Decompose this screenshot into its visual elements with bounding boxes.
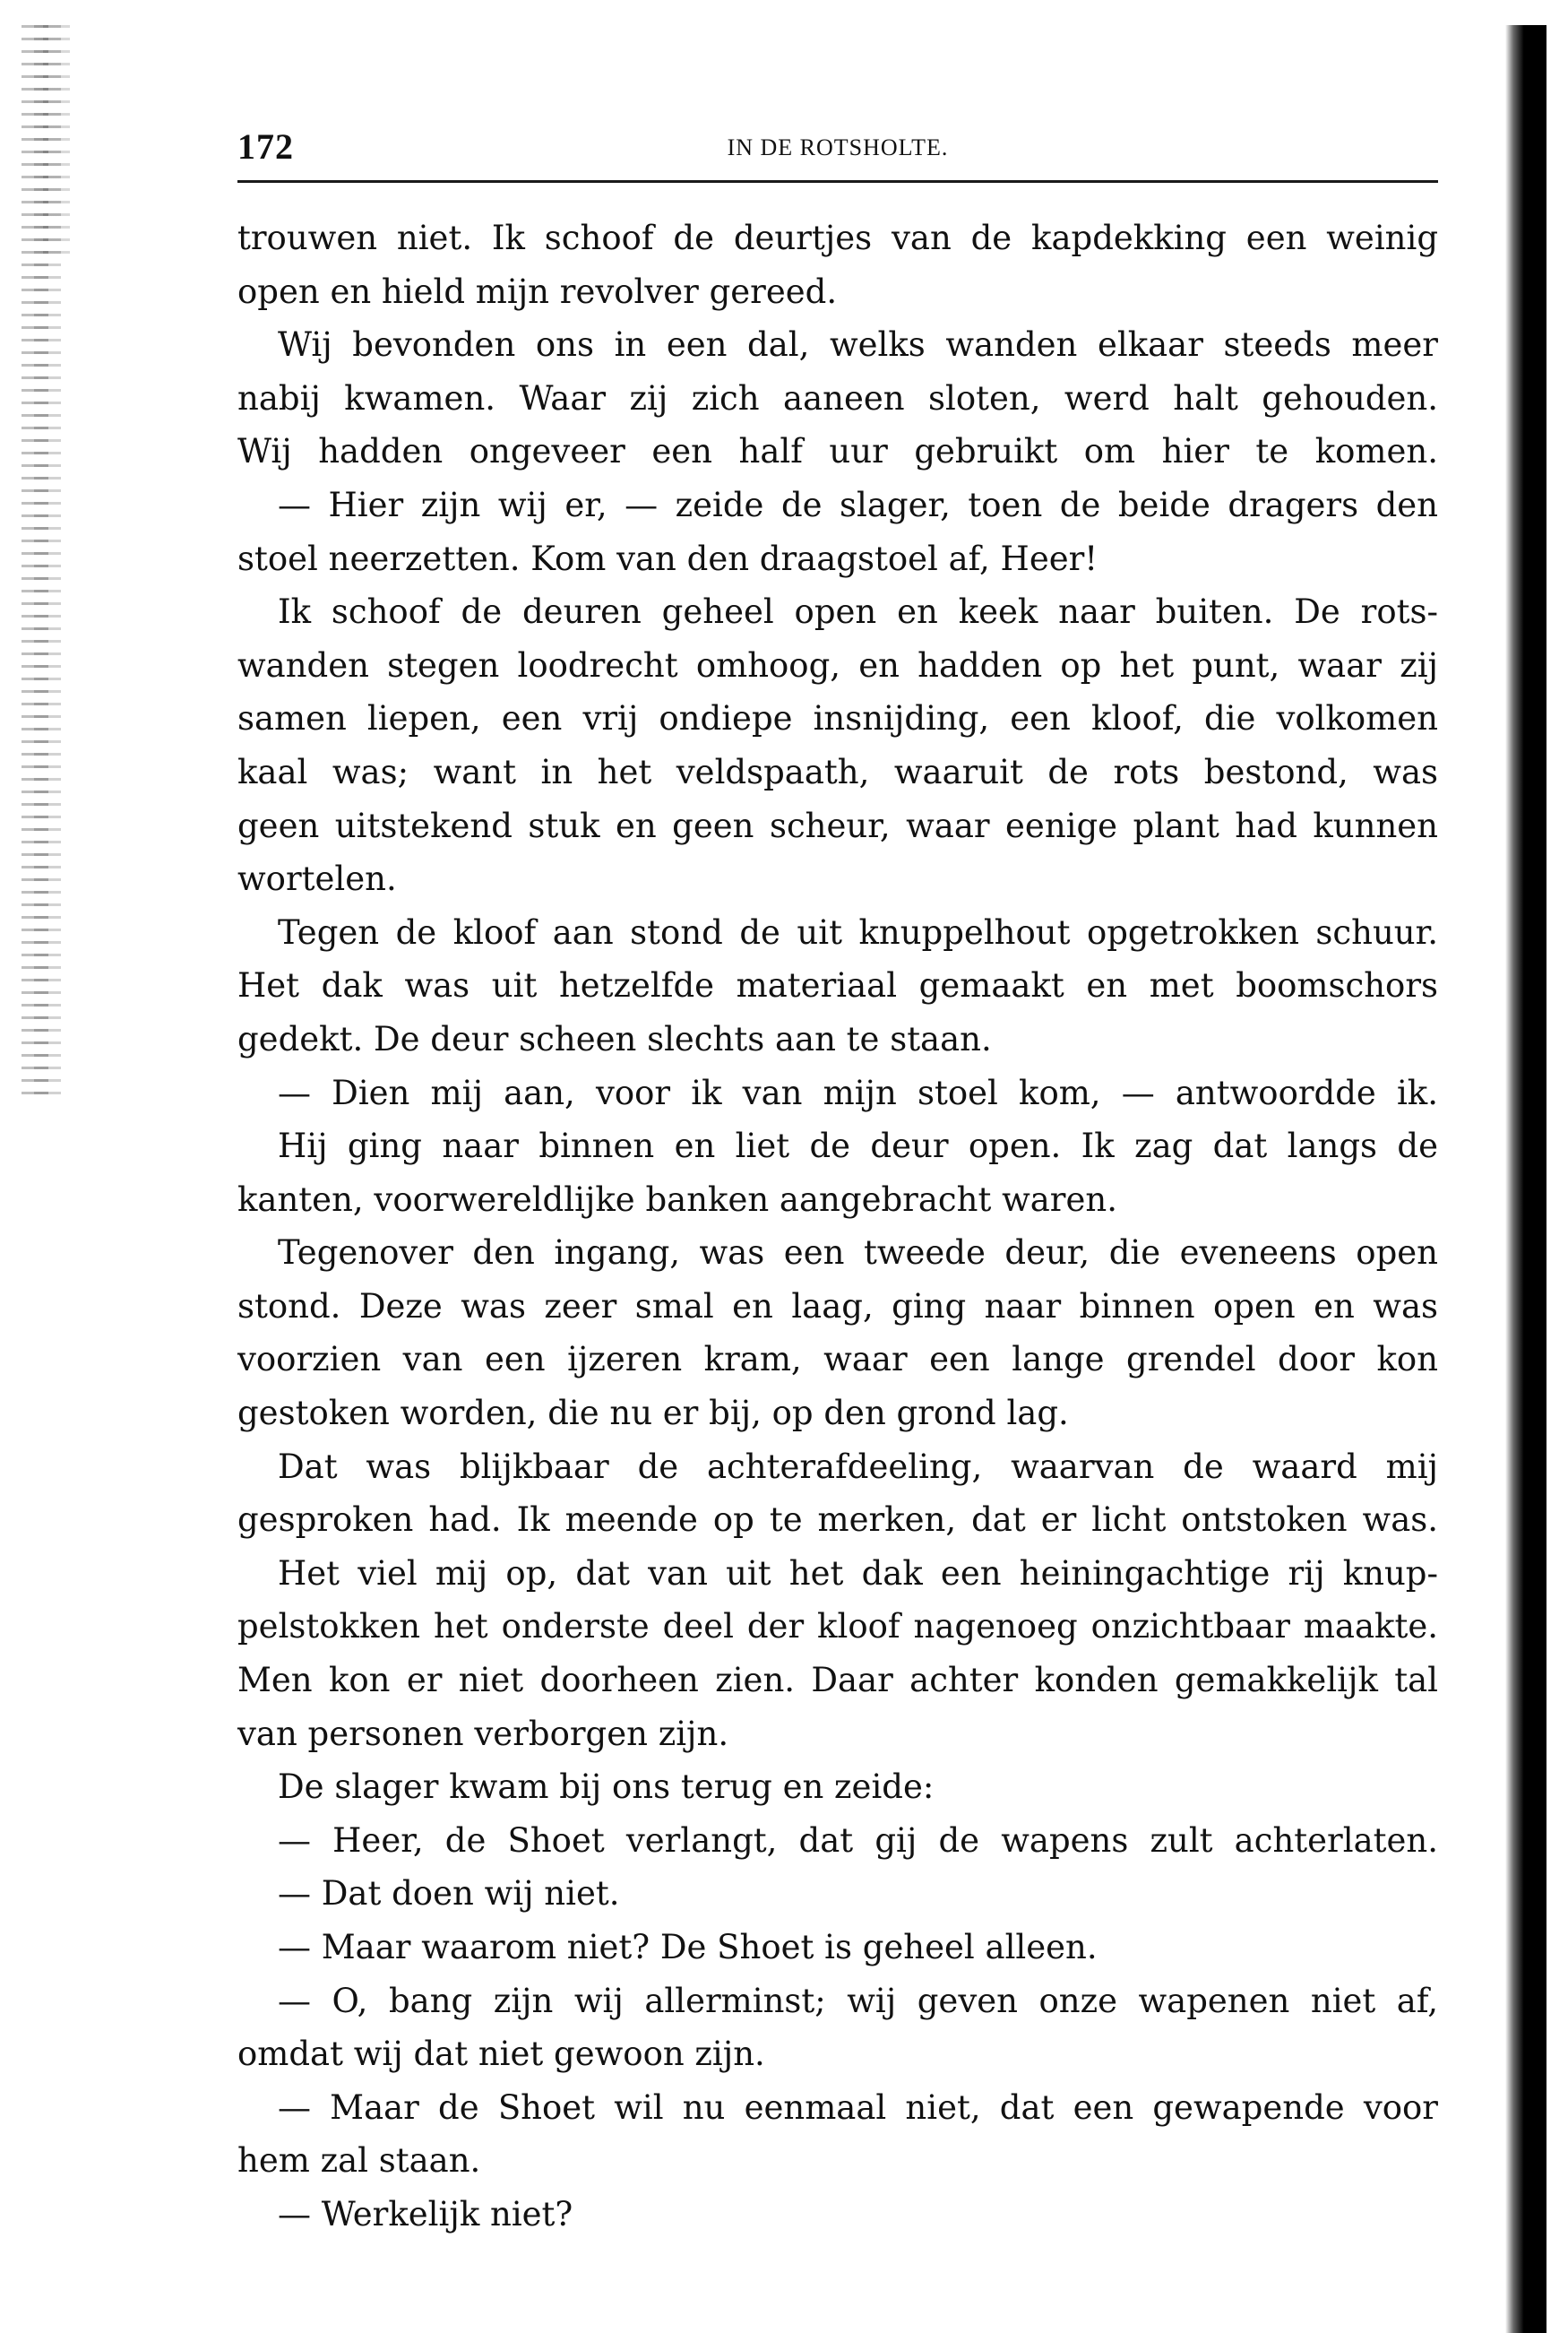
text-line: kanten, voorwereldlijke banken aangebrac…: [237, 1173, 1438, 1227]
text-line: — Dien mij aan, voor ik van mijn stoel k…: [237, 1067, 1438, 1120]
text-line: Het viel mij op, dat van uit het dak een…: [237, 1547, 1438, 1601]
text-line: — Maar waarom niet? De Shoet is geheel a…: [237, 1921, 1438, 1974]
text-line: trouwen niet. Ik schoof de deurtjes van …: [237, 212, 1438, 265]
text-line: nabij kwamen. Waar zij zich aaneen slote…: [237, 372, 1438, 426]
text-line: gestoken worden, die nu er bij, op den g…: [237, 1387, 1438, 1440]
text-line: pelstokken het onderste deel der kloof n…: [237, 1600, 1438, 1654]
text-line: geen uitstekend stuk en geen scheur, waa…: [237, 799, 1438, 853]
running-title: IN DE ROTSHOLTE.: [237, 134, 1438, 161]
text-line: Hij ging naar binnen en liet de deur ope…: [237, 1119, 1438, 1173]
text-line: — Maar de Shoet wil nu eenmaal niet, dat…: [237, 2081, 1438, 2135]
text-line: Tegen de kloof aan stond de uit knuppelh…: [237, 906, 1438, 960]
text-line: Wij hadden ongeveer een half uur gebruik…: [237, 425, 1438, 479]
text-line: Ik schoof de deuren geheel open en keek …: [237, 585, 1438, 639]
text-line: gesproken had. Ik meende op te merken, d…: [237, 1493, 1438, 1547]
text-line: stond. Deze was zeer smal en laag, ging …: [237, 1280, 1438, 1334]
text-line: stoel neerzetten. Kom van den draagstoel…: [237, 532, 1438, 586]
text-line: Het dak was uit hetzelfde materiaal gema…: [237, 959, 1438, 1013]
page-header: 172 IN DE ROTSHOLTE.: [237, 125, 1438, 170]
text-line: Wij bevonden ons in een dal, welks wande…: [237, 318, 1438, 372]
book-page: 172 IN DE ROTSHOLTE. trouwen niet. Ik sc…: [0, 0, 1568, 2333]
text-line: samen liepen, een vrij ondiepe insnijdin…: [237, 692, 1438, 746]
text-line: — Dat doen wij niet.: [237, 1867, 1438, 1921]
text-line: Dat was blijkbaar de achterafdeeling, wa…: [237, 1440, 1438, 1494]
text-line: kaal was; want in het veldspaath, waarui…: [237, 746, 1438, 799]
text-line: voorzien van een ijzeren kram, waar een …: [237, 1333, 1438, 1387]
text-line: gedekt. De deur scheen slechts aan te st…: [237, 1013, 1438, 1067]
text-line: wanden stegen loodrecht omhoog, en hadde…: [237, 639, 1438, 693]
text-line: Tegenover den ingang, was een tweede deu…: [237, 1226, 1438, 1280]
text-line: — Hier zijn wij er, — zeide de slager, t…: [237, 479, 1438, 532]
text-line: hem zal staan.: [237, 2134, 1438, 2188]
text-line: — Heer, de Shoet verlangt, dat gij de wa…: [237, 1814, 1438, 1868]
text-line: De slager kwam bij ons terug en zeide:: [237, 1760, 1438, 1814]
scan-edge-marks: [43, 25, 70, 258]
header-rule: [237, 180, 1438, 183]
text-line: omdat wij dat niet gewoon zijn.: [237, 2027, 1438, 2081]
text-line: open en hield mijn revolver gereed.: [237, 265, 1438, 319]
text-line: Men kon er niet doorheen zien. Daar acht…: [237, 1654, 1438, 1707]
text-line: — Werkelijk niet?: [237, 2188, 1438, 2242]
text-line: van personen verborgen zijn.: [237, 1707, 1438, 1761]
binding-shadow: [1505, 25, 1546, 2333]
body-text: trouwen niet. Ik schoof de deurtjes van …: [237, 212, 1438, 2242]
text-line: wortelen.: [237, 852, 1438, 906]
text-line: — O, bang zijn wij allerminst; wij geven…: [237, 1974, 1438, 2028]
